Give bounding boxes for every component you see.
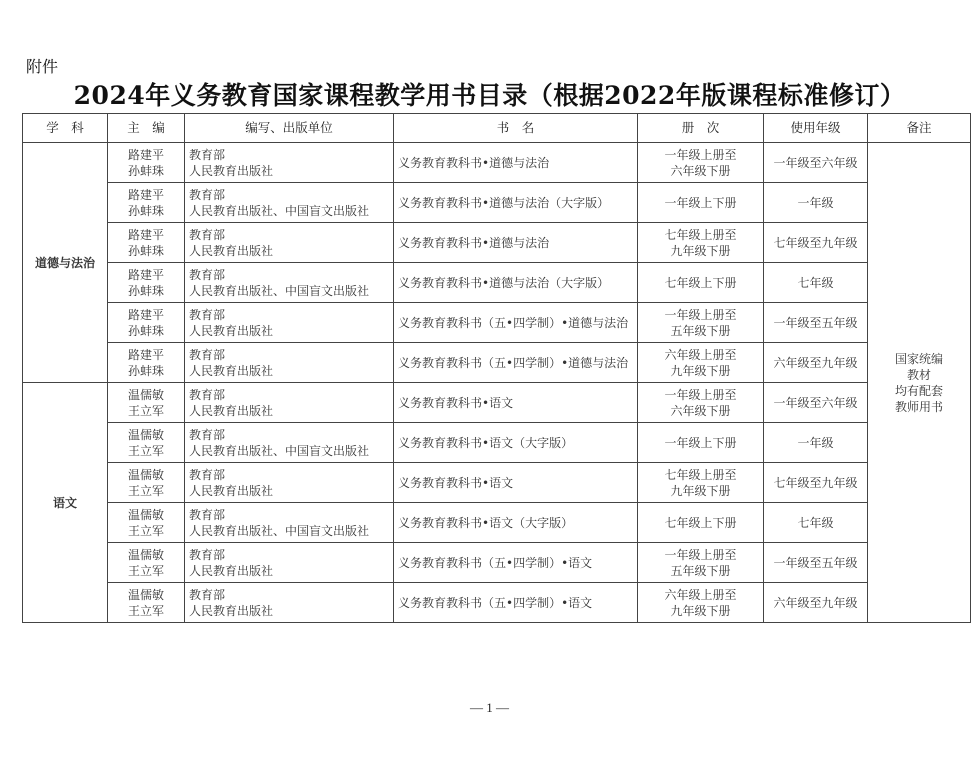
volume-cell: 七年级上下册 — [638, 263, 764, 303]
grade-cell: 一年级至五年级 — [764, 303, 868, 343]
grade-cell: 一年级 — [764, 423, 868, 463]
attachment-label: 附件 — [26, 54, 58, 77]
editors-cell: 温儒敏王立军 — [108, 583, 185, 623]
page-number: — 1 — — [0, 700, 979, 716]
grade-cell: 七年级至九年级 — [764, 223, 868, 263]
book-title-cell: 义务教育教科书•语文 — [394, 383, 638, 423]
table-row: 路建平孙蚌珠 教育部人民教育出版社 义务教育教科书•道德与法治 七年级上册至九年… — [23, 223, 971, 263]
book-title-cell: 义务教育教科书•道德与法治（大字版） — [394, 183, 638, 223]
header-editors: 主 编 — [108, 114, 185, 143]
textbook-catalog-table: 学 科 主 编 编写、出版单位 书 名 册 次 使用年级 备注 道德与法治 路建… — [22, 113, 971, 623]
table-row: 温儒敏王立军 教育部人民教育出版社、中国盲文出版社 义务教育教科书•语文（大字版… — [23, 503, 971, 543]
volume-cell: 七年级上册至九年级下册 — [638, 223, 764, 263]
publisher-cell: 教育部人民教育出版社 — [185, 583, 394, 623]
editors-cell: 路建平孙蚌珠 — [108, 223, 185, 263]
grade-cell: 一年级至六年级 — [764, 383, 868, 423]
publisher-cell: 教育部人民教育出版社、中国盲文出版社 — [185, 183, 394, 223]
grade-cell: 一年级至六年级 — [764, 143, 868, 183]
subject-cell: 语文 — [23, 383, 108, 623]
editors-cell: 路建平孙蚌珠 — [108, 263, 185, 303]
table-row: 温儒敏王立军 教育部人民教育出版社 义务教育教科书（五•四学制）•语文 一年级上… — [23, 543, 971, 583]
editors-cell: 路建平孙蚌珠 — [108, 183, 185, 223]
book-title-cell: 义务教育教科书•语文（大字版） — [394, 423, 638, 463]
document-title: 2024年义务教育国家课程教学用书目录（根据2022年版课程标准修订） — [0, 76, 979, 112]
editors-cell: 温儒敏王立军 — [108, 383, 185, 423]
volume-cell: 一年级上册至五年级下册 — [638, 543, 764, 583]
volume-cell: 一年级上册至六年级下册 — [638, 383, 764, 423]
header-publisher: 编写、出版单位 — [185, 114, 394, 143]
publisher-cell: 教育部人民教育出版社 — [185, 463, 394, 503]
table-row: 路建平孙蚌珠 教育部人民教育出版社、中国盲文出版社 义务教育教科书•道德与法治（… — [23, 263, 971, 303]
editors-cell: 温儒敏王立军 — [108, 423, 185, 463]
book-title-cell: 义务教育教科书（五•四学制）•道德与法治 — [394, 343, 638, 383]
book-title-cell: 义务教育教科书•道德与法治 — [394, 143, 638, 183]
publisher-cell: 教育部人民教育出版社、中国盲文出版社 — [185, 503, 394, 543]
editors-cell: 路建平孙蚌珠 — [108, 303, 185, 343]
grade-cell: 一年级至五年级 — [764, 543, 868, 583]
table-header-row: 学 科 主 编 编写、出版单位 书 名 册 次 使用年级 备注 — [23, 114, 971, 143]
book-title-cell: 义务教育教科书•道德与法治（大字版） — [394, 263, 638, 303]
grade-cell: 六年级至九年级 — [764, 343, 868, 383]
volume-cell: 一年级上下册 — [638, 423, 764, 463]
table-row: 路建平孙蚌珠 教育部人民教育出版社 义务教育教科书（五•四学制）•道德与法治 一… — [23, 303, 971, 343]
table-row: 路建平孙蚌珠 教育部人民教育出版社 义务教育教科书（五•四学制）•道德与法治 六… — [23, 343, 971, 383]
subject-cell: 道德与法治 — [23, 143, 108, 383]
book-title-cell: 义务教育教科书（五•四学制）•语文 — [394, 583, 638, 623]
book-title-cell: 义务教育教科书（五•四学制）•道德与法治 — [394, 303, 638, 343]
editors-cell: 温儒敏王立军 — [108, 503, 185, 543]
publisher-cell: 教育部人民教育出版社 — [185, 223, 394, 263]
table-row: 温儒敏王立军 教育部人民教育出版社 义务教育教科书（五•四学制）•语文 六年级上… — [23, 583, 971, 623]
header-volume: 册 次 — [638, 114, 764, 143]
volume-cell: 七年级上下册 — [638, 503, 764, 543]
note-cell: 国家统编 教材 均有配套 教师用书 — [868, 143, 971, 623]
book-title-cell: 义务教育教科书•道德与法治 — [394, 223, 638, 263]
grade-cell: 六年级至九年级 — [764, 583, 868, 623]
book-title-cell: 义务教育教科书•语文（大字版） — [394, 503, 638, 543]
table-row: 温儒敏王立军 教育部人民教育出版社 义务教育教科书•语文 七年级上册至九年级下册… — [23, 463, 971, 503]
publisher-cell: 教育部人民教育出版社、中国盲文出版社 — [185, 423, 394, 463]
grade-cell: 七年级至九年级 — [764, 463, 868, 503]
volume-cell: 六年级上册至九年级下册 — [638, 343, 764, 383]
table-row: 路建平孙蚌珠 教育部人民教育出版社、中国盲文出版社 义务教育教科书•道德与法治（… — [23, 183, 971, 223]
editors-cell: 温儒敏王立军 — [108, 543, 185, 583]
table-row: 道德与法治 路建平孙蚌珠 教育部人民教育出版社 义务教育教科书•道德与法治 一年… — [23, 143, 971, 183]
header-subject: 学 科 — [23, 114, 108, 143]
volume-cell: 七年级上册至九年级下册 — [638, 463, 764, 503]
volume-cell: 六年级上册至九年级下册 — [638, 583, 764, 623]
book-title-cell: 义务教育教科书（五•四学制）•语文 — [394, 543, 638, 583]
header-grade: 使用年级 — [764, 114, 868, 143]
publisher-cell: 教育部人民教育出版社 — [185, 143, 394, 183]
grade-cell: 七年级 — [764, 503, 868, 543]
editors-cell: 路建平孙蚌珠 — [108, 343, 185, 383]
header-note: 备注 — [868, 114, 971, 143]
volume-cell: 一年级上册至五年级下册 — [638, 303, 764, 343]
grade-cell: 一年级 — [764, 183, 868, 223]
table-row: 语文 温儒敏王立军 教育部人民教育出版社 义务教育教科书•语文 一年级上册至六年… — [23, 383, 971, 423]
publisher-cell: 教育部人民教育出版社 — [185, 343, 394, 383]
publisher-cell: 教育部人民教育出版社 — [185, 303, 394, 343]
volume-cell: 一年级上册至六年级下册 — [638, 143, 764, 183]
editors-cell: 路建平孙蚌珠 — [108, 143, 185, 183]
header-book-title: 书 名 — [394, 114, 638, 143]
publisher-cell: 教育部人民教育出版社、中国盲文出版社 — [185, 263, 394, 303]
book-title-cell: 义务教育教科书•语文 — [394, 463, 638, 503]
volume-cell: 一年级上下册 — [638, 183, 764, 223]
editors-cell: 温儒敏王立军 — [108, 463, 185, 503]
publisher-cell: 教育部人民教育出版社 — [185, 383, 394, 423]
publisher-cell: 教育部人民教育出版社 — [185, 543, 394, 583]
table-row: 温儒敏王立军 教育部人民教育出版社、中国盲文出版社 义务教育教科书•语文（大字版… — [23, 423, 971, 463]
grade-cell: 七年级 — [764, 263, 868, 303]
